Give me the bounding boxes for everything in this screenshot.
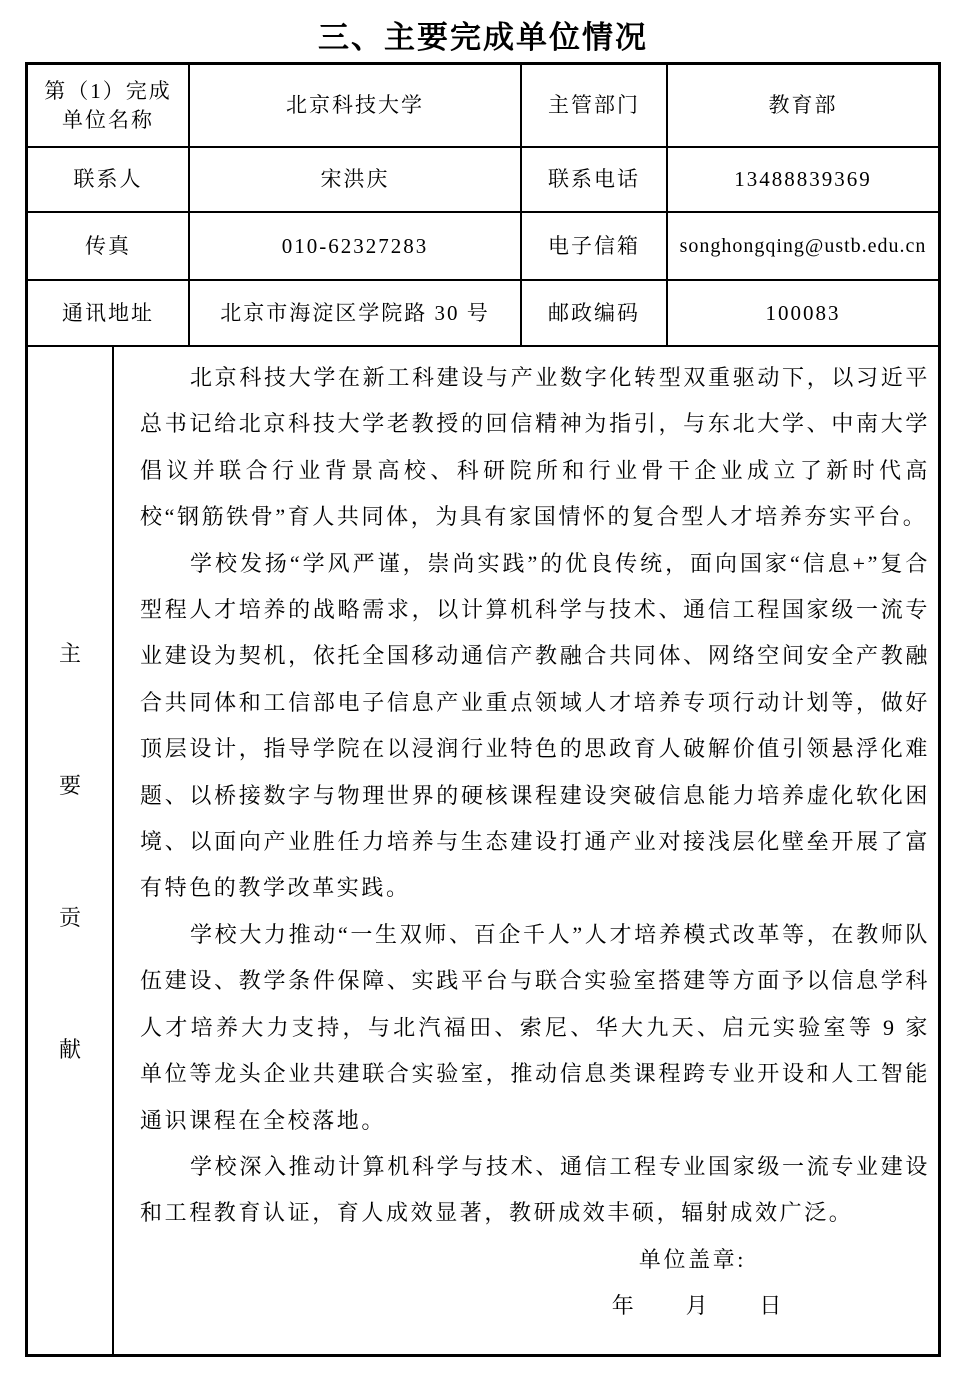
unit-name-label: 第（1）完成 单位名称: [28, 65, 190, 148]
phone-label: 联系电话: [522, 148, 668, 213]
contribution-label-char: 主: [59, 637, 81, 668]
seal-label: 单位盖章:: [140, 1237, 930, 1283]
dept-value: 教育部: [668, 65, 938, 148]
date-line: 年 月 日: [140, 1283, 930, 1329]
contact-label: 联系人: [28, 148, 190, 213]
info-grid: 第（1）完成 单位名称 北京科技大学 主管部门 教育部 联系人 宋洪庆 联系电话…: [28, 65, 938, 347]
contribution-label-char: 要: [59, 769, 81, 800]
contribution-paragraph-2: 学校发扬“学风严谨，崇尚实践”的优良传统，面向国家“信息+”复合型程人才培养的战…: [140, 541, 930, 912]
document-page: 三、主要完成单位情况 第（1）完成 单位名称 北京科技大学 主管部门 教育部 联…: [0, 0, 966, 1381]
contribution-label-char: 献: [59, 1033, 81, 1064]
unit-name-value: 北京科技大学: [190, 65, 522, 148]
unit-info-table: 第（1）完成 单位名称 北京科技大学 主管部门 教育部 联系人 宋洪庆 联系电话…: [25, 62, 941, 1357]
contribution-paragraph-3: 学校大力推动“一生双师、百企千人”人才培养模式改革等，在教师队伍建设、教学条件保…: [140, 912, 930, 1144]
phone-value: 13488839369: [668, 148, 938, 213]
postcode-label: 邮政编码: [522, 281, 668, 347]
postcode-value: 100083: [668, 281, 938, 347]
dept-label: 主管部门: [522, 65, 668, 148]
contribution-paragraph-4: 学校深入推动计算机科学与技术、通信工程专业国家级一流专业建设和工程教育认证，育人…: [140, 1144, 930, 1237]
contribution-content: 北京科技大学在新工科建设与产业数字化转型双重驱动下，以习近平总书记给北京科技大学…: [114, 347, 938, 1354]
page-title: 三、主要完成单位情况: [0, 12, 966, 57]
fax-value: 010-62327283: [190, 213, 522, 281]
contribution-paragraph-1: 北京科技大学在新工科建设与产业数字化转型双重驱动下，以习近平总书记给北京科技大学…: [140, 355, 930, 541]
address-value: 北京市海淀区学院路 30 号: [190, 281, 522, 347]
contribution-label-char: 贡: [59, 901, 81, 932]
email-label: 电子信箱: [522, 213, 668, 281]
contribution-row: 主 要 贡 献 北京科技大学在新工科建设与产业数字化转型双重驱动下，以习近平总书…: [28, 347, 938, 1354]
email-value: songhongqing@ustb.edu.cn: [668, 213, 938, 281]
contact-value: 宋洪庆: [190, 148, 522, 213]
address-label: 通讯地址: [28, 281, 190, 347]
contribution-label: 主 要 贡 献: [28, 347, 114, 1354]
fax-label: 传真: [28, 213, 190, 281]
